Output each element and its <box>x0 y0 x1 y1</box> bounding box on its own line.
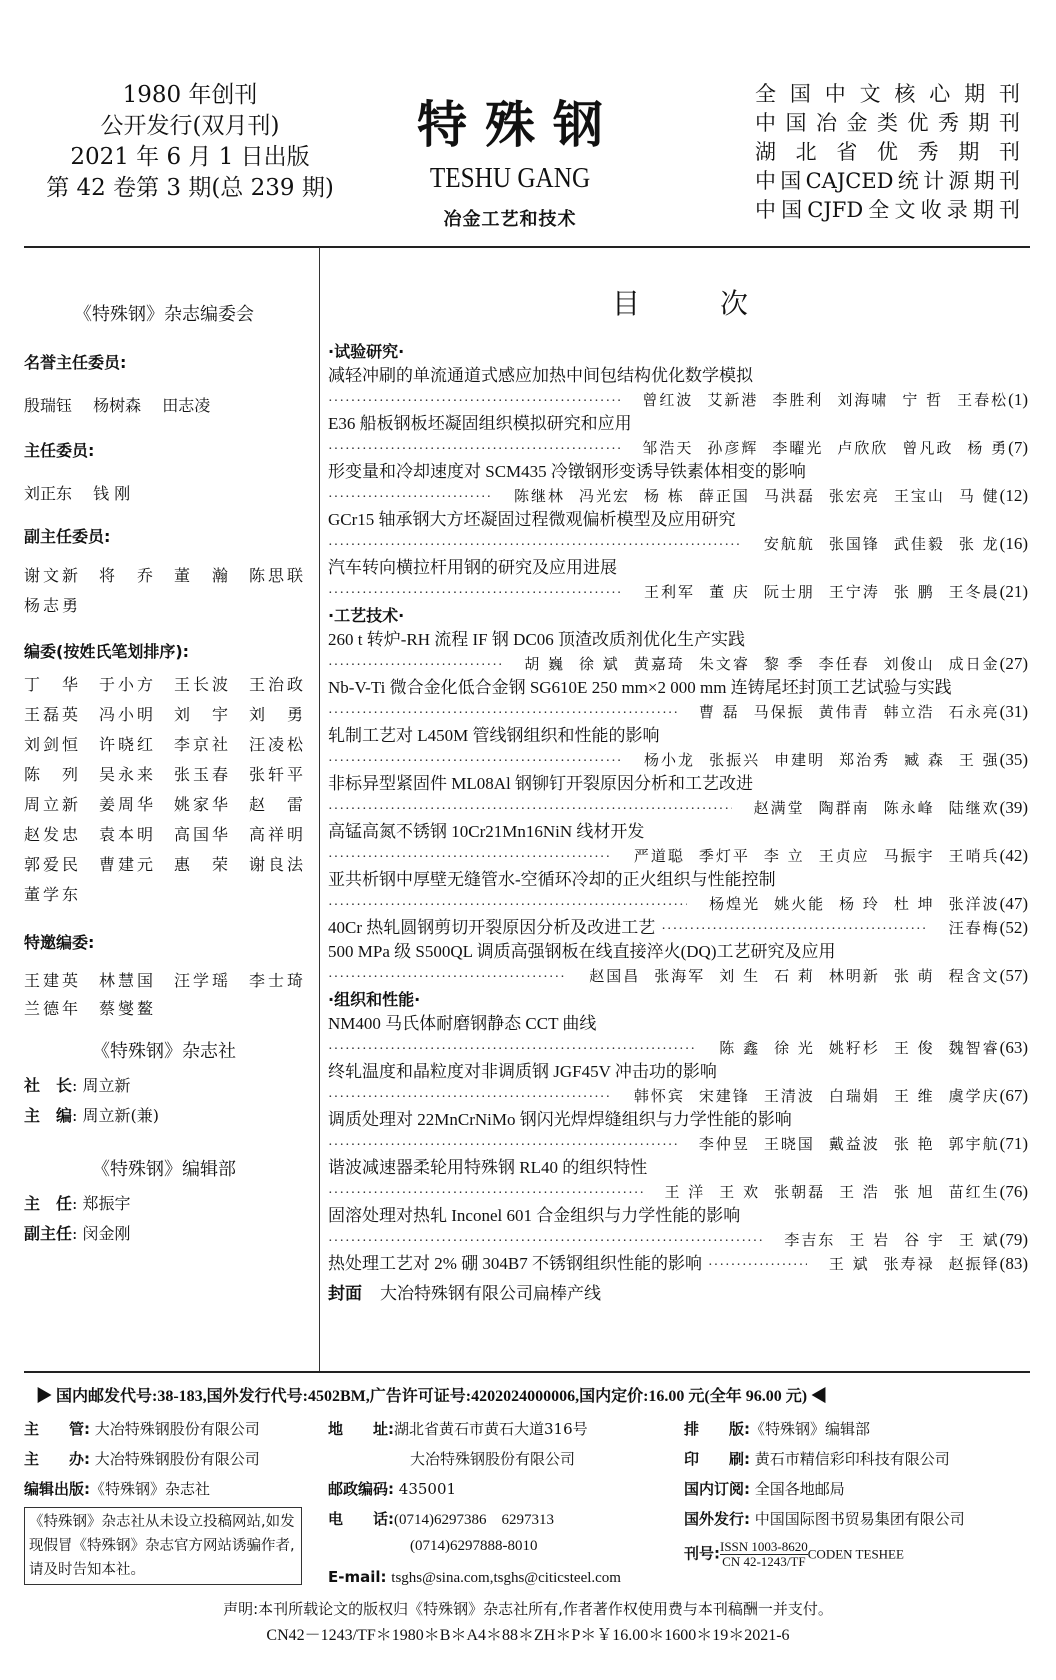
article-title[interactable]: 40Cr 热轧圆钢剪切开裂原因分析及改进工艺 <box>328 916 655 940</box>
article-authors: 陈 鑫徐 光姚籽杉王 俊魏智睿 <box>697 1036 999 1060</box>
author-name: 郑治秀 <box>839 751 890 769</box>
author-name: 李 立 <box>764 847 805 865</box>
toc-article[interactable]: 固溶处理对热轧 Inconel 601 合金组织与力学性能的影响李吉东王 岩谷 … <box>328 1204 1028 1252</box>
name: 兰德年 <box>24 995 78 1023</box>
journal-subtitle: 冶金工艺和技术 <box>360 205 660 231</box>
journal-title: 特殊钢 <box>378 95 660 155</box>
article-authors: 王利军董 庆阮士朋王宁涛张 鹏王冬晨 <box>622 580 1000 604</box>
toc-article[interactable]: 非标异型紧固件 ML08Al 钢铆钉开裂原因分析和工艺改进赵满堂陶群南陈永峰陆继… <box>328 772 1028 820</box>
codes-text: 国内邮发代号:38-183,国外发行代号:4502BM,广告许可证号:42020… <box>56 1388 807 1405</box>
vice-names: 谢文新 将 乔 董 瀚 陈思联 杨志勇 <box>24 561 314 621</box>
toc-article-line: 40Cr 热轧圆钢剪切开裂原因分析及改进工艺汪春梅(52) <box>328 916 1028 940</box>
page-number: (35) <box>1000 748 1028 772</box>
value: 全国各地邮局 <box>755 1480 845 1498</box>
author-name: 林明新 <box>829 967 880 985</box>
article-title[interactable]: 260 t 转炉-RH 流程 IF 钢 DC06 顶渣改质剂优化生产实践 <box>328 628 1028 652</box>
triangle-right-icon: ▶ <box>36 1388 52 1405</box>
name: 赵发忠 <box>24 820 78 850</box>
author-name: 陈继林 <box>514 487 565 505</box>
author-name: 杨 勇 <box>967 439 1008 457</box>
article-authors: 曹 磊马保振黄伟青韩立浩石永亮 <box>677 700 1000 724</box>
name: 王建英 <box>24 967 78 995</box>
author-name: 王 斌 <box>959 1231 1000 1249</box>
vice-heading: 副主任委员: <box>24 524 314 547</box>
society-president: 社 长: 周立新 <box>24 1071 314 1101</box>
toc-article-line: 王利军董 庆阮士朋王宁涛张 鹏王冬晨(21) <box>328 580 1028 604</box>
author-name: 张振兴 <box>709 751 760 769</box>
page-number: (71) <box>1000 1132 1028 1156</box>
article-title[interactable]: E36 船板钢板坯凝固组织模拟研究和应用 <box>328 412 1028 436</box>
toc-article-line: 胡 巍徐 斌黄嘉琦朱文睿黎 季李任春刘俊山成日金(27) <box>328 652 1028 676</box>
author-name: 武佳毅 <box>894 535 945 553</box>
name: 高国华 <box>174 820 228 850</box>
author-name: 张 龙 <box>959 535 1000 553</box>
honorary-names: 殷瑞钰 杨树森 田志凌 <box>24 393 314 416</box>
author-name: 石永亮 <box>949 703 1000 721</box>
toc-article-line: 严道聪季灯平李 立王贞应马振宇王哨兵(42) <box>328 844 1028 868</box>
publication-codes: ▶ 国内邮发代号:38-183,国外发行代号:4502BM,广告许可证号:420… <box>36 1383 1026 1406</box>
author-name: 王宝山 <box>894 487 945 505</box>
value: 中国国际图书贸易集团有限公司 <box>755 1510 965 1528</box>
author-name: 冯光宏 <box>579 487 630 505</box>
toc-article-line: 陈 鑫徐 光姚籽杉王 俊魏智睿(63) <box>328 1036 1028 1060</box>
author-name: 孙彦辉 <box>707 439 758 457</box>
author-name: 黄嘉琦 <box>634 655 685 673</box>
name: 陈思联 <box>249 561 303 591</box>
director-names: 刘正东 钱 刚 <box>24 481 314 504</box>
author-name: 王 洋 <box>665 1183 706 1201</box>
publisher: 编辑出版:《特殊钢》杂志社 <box>24 1478 210 1499</box>
value: 闵金刚 <box>82 1224 130 1243</box>
author-name: 张 艳 <box>894 1135 935 1153</box>
label: 主 管: <box>24 1420 90 1438</box>
toc-article[interactable]: E36 船板钢板坯凝固组织模拟研究和应用邹浩天孙彦辉李曜光卢欣欣曾凡政杨 勇(7… <box>328 412 1028 460</box>
author-name: 阮士朋 <box>764 583 815 601</box>
name: 赵 雷 <box>249 790 303 820</box>
page-number: (67) <box>1000 1084 1028 1108</box>
name: 吴永来 <box>99 760 153 790</box>
article-authors: 安航航张国锋武佳毅张 龙 <box>742 532 1000 556</box>
article-title[interactable]: 调质处理对 22MnCrNiMo 钢闪光焊焊缝组织与力学性能的影响 <box>328 1108 1028 1132</box>
article-authors: 杨小龙张振兴申建明郑治秀臧 森王 强 <box>622 748 1000 772</box>
toc-section-heading: ·试验研究· <box>328 340 1028 364</box>
leader-dots <box>328 390 620 414</box>
author-name: 杜 坤 <box>894 895 935 913</box>
name: 李士琦 <box>249 967 303 995</box>
journal-masthead: 特殊钢 TESHU GANG 冶金工艺和技术 <box>360 95 660 231</box>
name: 惠 荣 <box>174 850 228 880</box>
invited-names: 王建英 林慧国 汪学瑶 李士琦 兰德年 蔡燮鳌 <box>24 967 314 1023</box>
invited-heading: 特邀编委: <box>24 930 314 953</box>
name: 袁本明 <box>99 820 153 850</box>
name: 董学东 <box>24 880 78 910</box>
toc-article-line: 赵满堂陶群南陈永峰陆继欢(39) <box>328 796 1028 820</box>
label: 电 话: <box>328 1510 394 1528</box>
cover-caption: 封面大冶特殊钢有限公司扁棒产线 <box>328 1282 1028 1306</box>
typesetting: 排 版:《特殊钢》编辑部 <box>684 1418 870 1439</box>
author-name: 白瑞娟 <box>829 1087 880 1105</box>
fraud-warning: 《特殊钢》杂志社从未设立投稿网站,如发现假冒《特殊钢》杂志官方网站诱骗作者,请及… <box>24 1507 302 1585</box>
author-name: 宋建锋 <box>699 1087 750 1105</box>
toc-article[interactable]: GCr15 轴承钢大方坯凝固过程微观偏析模型及应用研究安航航张国锋武佳毅张 龙(… <box>328 508 1028 556</box>
author-name: 张国锋 <box>829 535 880 553</box>
author-name: 刘海啸 <box>837 391 888 409</box>
article-title[interactable]: 亚共析钢中厚壁无缝管水-空循环冷却的正火组织与性能控制 <box>328 868 1028 892</box>
leader-dots <box>328 966 567 990</box>
name: 陈 列 <box>24 760 78 790</box>
author-name: 安航航 <box>764 535 815 553</box>
author-name: 李吉东 <box>784 1231 835 1249</box>
author-name: 魏智睿 <box>949 1039 1000 1057</box>
author-name: 王贞应 <box>819 847 870 865</box>
address-line-2: 大冶特殊钢股份有限公司 <box>410 1448 575 1469</box>
author-name: 成日金 <box>949 655 1000 673</box>
bottom-divider <box>24 1371 1030 1373</box>
toc-article[interactable]: 谐波减速器柔轮用特殊钢 RL40 的组织特性王 洋王 欢张朝磊王 浩张 旭苗红生… <box>328 1156 1028 1204</box>
editorial-board: 《特殊钢》杂志编委会 名誉主任委员: 殷瑞钰 杨树森 田志凌 主任委员: 刘正东… <box>24 300 314 1249</box>
author-name: 杨 栋 <box>644 487 685 505</box>
author-name: 张 鹏 <box>894 583 935 601</box>
honor-item: 全国中文核心期刊 <box>755 80 1020 109</box>
article-authors: 杨煌光姚火能杨 玲杜 坤张洋波 <box>687 892 1000 916</box>
page-number: (63) <box>1000 1036 1028 1060</box>
label: 国外发行: <box>684 1510 750 1528</box>
author-name: 朱文睿 <box>699 655 750 673</box>
author-name: 王 斌 <box>829 1255 870 1273</box>
author-name: 石 莉 <box>774 967 815 985</box>
author-name: 陶群南 <box>819 799 870 817</box>
author-name: 杨煌光 <box>709 895 760 913</box>
article-authors: 陈继林冯光宏杨 栋薛正国马洪磊张宏亮王宝山马 健 <box>492 484 1000 508</box>
name: 姜周华 <box>99 790 153 820</box>
author-name: 陈 鑫 <box>719 1039 760 1057</box>
honor-item: 湖北省优秀期刊 <box>755 138 1020 167</box>
label: 邮政编码: <box>328 1480 394 1498</box>
author-name: 卢欣欣 <box>837 439 888 457</box>
leader-dots <box>328 534 742 558</box>
journal-number: 刊号:ISSN 1003-8620CN 42-1243/TFCODEN TESH… <box>684 1540 904 1569</box>
toc-article[interactable]: 轧制工艺对 L450M 管线钢组织和性能的影响杨小龙张振兴申建明郑治秀臧 森王 … <box>328 724 1028 772</box>
author-name: 程含文 <box>949 967 1000 985</box>
foreign-distribution: 国外发行: 中国国际图书贸易集团有限公司 <box>684 1508 965 1529</box>
issn-cn: ISSN 1003-8620CN 42-1243/TF <box>720 1540 808 1569</box>
page-number: (7) <box>1008 436 1028 460</box>
author-name: 王 浩 <box>839 1183 880 1201</box>
name: 林慧国 <box>99 967 153 995</box>
author-name: 姚籽杉 <box>829 1039 880 1057</box>
value: 大冶特殊钢股份有限公司 <box>95 1420 260 1438</box>
members-heading: 编委(按姓氏笔划排序): <box>24 639 314 662</box>
author-name: 张 旭 <box>894 1183 935 1201</box>
label: E-mail: <box>328 1568 387 1586</box>
name: 王治政 <box>249 670 303 700</box>
author-name: 徐 光 <box>774 1039 815 1057</box>
article-title[interactable]: NM400 马氏体耐磨钢静态 CCT 曲线 <box>328 1012 1028 1036</box>
page-number: (83) <box>1000 1252 1028 1276</box>
toc-article[interactable]: NM400 马氏体耐磨钢静态 CCT 曲线陈 鑫徐 光姚籽杉王 俊魏智睿(63) <box>328 1012 1028 1060</box>
name: 刘剑恒 <box>24 730 78 760</box>
toc-article-line: 王 洋王 欢张朝磊王 浩张 旭苗红生(76) <box>328 1180 1028 1204</box>
leader-dots <box>328 750 622 774</box>
leader-dots <box>328 438 620 462</box>
toc-article[interactable]: Nb-V-Ti 微合金化低合金钢 SG610E 250 mm×2 000 mm … <box>328 676 1028 724</box>
name: 丁 华 <box>24 670 78 700</box>
editorial-dept-title: 《特殊钢》编辑部 <box>14 1155 314 1185</box>
page-number: (39) <box>1000 796 1028 820</box>
name: 高祥明 <box>249 820 303 850</box>
leader-dots <box>661 918 926 942</box>
article-authors: 李仲昱王晓国戴益波张 艳郭宇航 <box>677 1132 1000 1156</box>
author-name: 马 健 <box>959 487 1000 505</box>
article-title[interactable]: 汽车转向横拉杆用钢的研究及应用进展 <box>328 556 1028 580</box>
dept-director: 主 任: 郑振宇 <box>24 1189 314 1219</box>
postcode: 邮政编码: 435001 <box>328 1478 456 1499</box>
label: 刊号: <box>684 1545 720 1563</box>
author-name: 韩立浩 <box>884 703 935 721</box>
article-title[interactable]: 轧制工艺对 L450M 管线钢组织和性能的影响 <box>328 724 1028 748</box>
author-name: 徐 斌 <box>579 655 620 673</box>
article-authors: 汪春梅 <box>927 916 1000 940</box>
toc-article-line: 赵国昌张海军刘 生石 莉林明新张 萌程含文(57) <box>328 964 1028 988</box>
name: 曹建元 <box>99 850 153 880</box>
copyright-declaration: 声明:本刊所载论文的版权归《特殊钢》杂志社所有,作者著作权使用费与本刊稿酬一并支… <box>0 1598 1056 1619</box>
author-name: 张洋波 <box>949 895 1000 913</box>
author-name: 马振宇 <box>884 847 935 865</box>
value: 435001 <box>399 1480 456 1498</box>
article-title[interactable]: 高锰高氮不锈钢 10Cr21Mn16NiN 线材开发 <box>328 820 1028 844</box>
society-editor-in-chief: 主 编: 周立新(兼) <box>24 1101 314 1131</box>
name: 刘 宇 <box>174 700 228 730</box>
article-authors: 王 洋王 欢张朝磊王 浩张 旭苗红生 <box>643 1180 1000 1204</box>
author-name: 王春松 <box>957 391 1008 409</box>
name: 杨树森 <box>93 396 141 415</box>
author-name: 张寿禄 <box>884 1255 935 1273</box>
page-number: (16) <box>1000 532 1028 556</box>
leader-dots <box>328 486 492 510</box>
author-name: 王冬晨 <box>949 583 1000 601</box>
author-name: 季灯平 <box>699 847 750 865</box>
article-title[interactable]: GCr15 轴承钢大方坯凝固过程微观偏析模型及应用研究 <box>328 508 1028 532</box>
article-authors: 严道聪季灯平李 立王贞应马振宇王哨兵 <box>612 844 1000 868</box>
dept-deputy-director: 副主任: 闵金刚 <box>24 1219 314 1249</box>
toc-article[interactable]: 40Cr 热轧圆钢剪切开裂原因分析及改进工艺汪春梅(52) <box>328 916 1028 940</box>
toc-article[interactable]: 亚共析钢中厚壁无缝管水-空循环冷却的正火组织与性能控制杨煌光姚火能杨 玲杜 坤张… <box>328 868 1028 916</box>
name: 蔡燮鳌 <box>99 995 153 1023</box>
journal-title-en: TESHU GANG <box>375 163 645 195</box>
author-name: 刘俊山 <box>884 655 935 673</box>
page-number: (52) <box>1000 916 1028 940</box>
name: 冯小明 <box>99 700 153 730</box>
volume-issue: 第 42 卷第 3 期(总 239 期) <box>40 173 340 204</box>
label: 副主任 <box>24 1219 72 1249</box>
page-number: (47) <box>1000 892 1028 916</box>
author-name: 苗红生 <box>949 1183 1000 1201</box>
name: 于小方 <box>99 670 153 700</box>
name: 杨志勇 <box>24 591 78 621</box>
article-title[interactable]: 减轻冲刷的单流通道式感应加热中间包结构优化数学模拟 <box>328 364 1028 388</box>
author-name: 韩怀宾 <box>634 1087 685 1105</box>
sponsor: 主 办: 大冶特殊钢股份有限公司 <box>24 1448 260 1469</box>
author-name: 陈永峰 <box>884 799 935 817</box>
journal-honors: 全国中文核心期刊 中国冶金类优秀期刊 湖北省优秀期刊 中国CAJCED统计源期刊… <box>755 80 1020 225</box>
printing: 印 刷: 黄石市精信彩印科技有限公司 <box>684 1448 950 1469</box>
author-name: 张朝磊 <box>774 1183 825 1201</box>
society-title: 《特殊钢》杂志社 <box>14 1037 314 1067</box>
toc-article[interactable]: 形变量和冷却速度对 SCM435 冷镦钢形变诱导铁素体相变的影响陈继林冯光宏杨 … <box>328 460 1028 508</box>
author-name: 谷 宇 <box>904 1231 945 1249</box>
value: 《特殊钢》编辑部 <box>750 1420 870 1438</box>
author-name: 张 萌 <box>894 967 935 985</box>
article-title[interactable]: 非标异型紧固件 ML08Al 钢铆钉开裂原因分析和工艺改进 <box>328 772 1028 796</box>
cover-label: 封面 <box>328 1284 362 1304</box>
honor-item: 中国CAJCED统计源期刊 <box>755 167 1020 196</box>
toc-article[interactable]: 260 t 转炉-RH 流程 IF 钢 DC06 顶渣改质剂优化生产实践胡 巍徐… <box>328 628 1028 676</box>
author-name: 张海军 <box>654 967 705 985</box>
label: 主 编 <box>24 1101 72 1131</box>
author-name: 刘 生 <box>719 967 760 985</box>
cover-text: 大冶特殊钢有限公司扁棒产线 <box>380 1284 601 1304</box>
triangle-left-icon: ◀ <box>811 1388 827 1405</box>
author-name: 胡 巍 <box>524 655 565 673</box>
author-name: 王宁涛 <box>829 583 880 601</box>
name: 周立新 <box>24 790 78 820</box>
label: 排 版: <box>684 1420 750 1438</box>
page-number: (21) <box>1000 580 1028 604</box>
name: 郭爱民 <box>24 850 78 880</box>
article-title[interactable]: 500 MPa 级 S500QL 调质高强钢板在线直接淬火(DQ)工艺研究及应用 <box>328 940 1028 964</box>
author-name: 马保振 <box>754 703 805 721</box>
domestic-subscription: 国内订阅: 全国各地邮局 <box>684 1478 845 1499</box>
label: 社 长 <box>24 1071 72 1101</box>
value: 周立新(兼) <box>82 1106 159 1125</box>
author-name: 汪春梅 <box>949 919 1000 937</box>
name: 田志凌 <box>162 396 210 415</box>
name: 刘 勇 <box>249 700 303 730</box>
toc-title-text: 目次 <box>612 287 828 320</box>
toc-article-line: 安航航张国锋武佳毅张 龙(16) <box>328 532 1028 556</box>
toc-article-line: 韩怀宾宋建锋王清波白瑞娟王 维虞学庆(67) <box>328 1084 1028 1108</box>
page-number: (57) <box>1000 964 1028 988</box>
author-name: 申建明 <box>774 751 825 769</box>
author-name: 董 庆 <box>709 583 750 601</box>
article-title[interactable]: 形变量和冷却速度对 SCM435 冷镦钢形变诱导铁素体相变的影响 <box>328 460 1028 484</box>
phone: 电 话:(0714)6297386 6297313 <box>328 1508 554 1529</box>
author-name: 王晓国 <box>764 1135 815 1153</box>
author-name: 赵满堂 <box>754 799 805 817</box>
toc-article-line: 曹 磊马保振黄伟青韩立浩石永亮(31) <box>328 700 1028 724</box>
name: 殷瑞钰 <box>24 396 72 415</box>
name: 张轩平 <box>249 760 303 790</box>
author-name: 李曜光 <box>772 439 823 457</box>
toc-article[interactable]: 热处理工艺对 2% 硼 304B7 不锈钢组织性能的影响王 斌张寿禄赵振铎(83… <box>328 1252 1028 1276</box>
toc-article[interactable]: 调质处理对 22MnCrNiMo 钢闪光焊焊缝组织与力学性能的影响李仲昱王晓国戴… <box>328 1108 1028 1156</box>
author-name: 杨小龙 <box>644 751 695 769</box>
honorary-heading: 名誉主任委员: <box>24 350 314 373</box>
toc-article[interactable]: 终轧温度和晶粒度对非调质钢 JGF45V 冲击功的影响韩怀宾宋建锋王清波白瑞娟王… <box>328 1060 1028 1108</box>
value: 湖北省黄石市黄石大道316号 <box>394 1420 588 1438</box>
author-name: 张宏亮 <box>829 487 880 505</box>
author-name: 陆继欢 <box>949 799 1000 817</box>
author-name: 王利军 <box>644 583 695 601</box>
author-name: 曾凡政 <box>902 439 953 457</box>
name: 钱 刚 <box>93 484 130 503</box>
name: 王长波 <box>174 670 228 700</box>
author-name: 王清波 <box>764 1087 815 1105</box>
leader-dots <box>708 1254 807 1278</box>
toc-article-line: 杨煌光姚火能杨 玲杜 坤张洋波(47) <box>328 892 1028 916</box>
toc-article-line: 热处理工艺对 2% 硼 304B7 不锈钢组织性能的影响王 斌张寿禄赵振铎(83… <box>328 1252 1028 1276</box>
author-name: 虞学庆 <box>949 1087 1000 1105</box>
value: 大冶特殊钢股份有限公司 <box>95 1450 260 1468</box>
leader-dots <box>328 1134 677 1158</box>
page-number: (79) <box>1000 1228 1028 1252</box>
value: 周立新 <box>82 1076 130 1095</box>
email-link[interactable]: tsghs@sina.com,tsghs@citicsteel.com <box>391 1570 621 1586</box>
author-name: 王 强 <box>959 751 1000 769</box>
label: 地 址: <box>328 1420 394 1438</box>
leader-dots <box>328 798 732 822</box>
leader-dots <box>328 1230 762 1254</box>
toc-article-line: 陈继林冯光宏杨 栋薛正国马洪磊张宏亮王宝山马 健(12) <box>328 484 1028 508</box>
value: (0714)6297386 6297313 <box>394 1512 554 1528</box>
frequency-text: 公开发行(双月刊) <box>40 111 340 142</box>
article-authors: 王 斌张寿禄赵振铎 <box>807 1252 1000 1276</box>
name: 许晓红 <box>99 730 153 760</box>
toc-article[interactable]: 汽车转向横拉杆用钢的研究及应用进展王利军董 庆阮士朋王宁涛张 鹏王冬晨(21) <box>328 556 1028 604</box>
author-name: 赵国昌 <box>589 967 640 985</box>
leader-dots <box>328 846 612 870</box>
author-name: 曾红波 <box>642 391 693 409</box>
issn: ISSN 1003-8620 <box>720 1540 808 1555</box>
table-of-contents: ·试验研究·减轻冲刷的单流通道式感应加热中间包结构优化数学模拟曾红波艾新港李胜利… <box>328 340 1028 1306</box>
label: 编辑出版: <box>24 1480 90 1498</box>
name: 李京社 <box>174 730 228 760</box>
honor-item: 中国CJFD全文收录期刊 <box>755 196 1020 225</box>
toc-article[interactable]: 高锰高氮不锈钢 10Cr21Mn16NiN 线材开发严道聪季灯平李 立王贞应马振… <box>328 820 1028 868</box>
issue-info: 1980 年创刊 公开发行(双月刊) 2021 年 6 月 1 日出版 第 42… <box>40 80 340 204</box>
article-title[interactable]: 谐波减速器柔轮用特殊钢 RL40 的组织特性 <box>328 1156 1028 1180</box>
article-title[interactable]: 终轧温度和晶粒度对非调质钢 JGF45V 冲击功的影响 <box>328 1060 1028 1084</box>
label: 主 办: <box>24 1450 90 1468</box>
founded-text: 1980 年创刊 <box>40 80 340 111</box>
author-name: 邹浩天 <box>642 439 693 457</box>
article-authors: 赵满堂陶群南陈永峰陆继欢 <box>732 796 1000 820</box>
name: 刘正东 <box>24 484 72 503</box>
page-number: (27) <box>1000 652 1028 676</box>
leader-dots <box>328 894 687 918</box>
leader-dots <box>328 1038 697 1062</box>
top-divider <box>24 246 1030 248</box>
toc-article[interactable]: 减轻冲刷的单流通道式感应加热中间包结构优化数学模拟曾红波艾新港李胜利刘海啸宁 哲… <box>328 364 1028 412</box>
author-name: 李仲昱 <box>699 1135 750 1153</box>
toc-article-line: 邹浩天孙彦辉李曜光卢欣欣曾凡政杨 勇(7) <box>328 436 1028 460</box>
page-number: (42) <box>1000 844 1028 868</box>
toc-section-heading: ·工艺技术· <box>328 604 1028 628</box>
article-title[interactable]: 固溶处理对热轧 Inconel 601 合金组织与力学性能的影响 <box>328 1204 1028 1228</box>
toc-article[interactable]: 500 MPa 级 S500QL 调质高强钢板在线直接淬火(DQ)工艺研究及应用… <box>328 940 1028 988</box>
name: 将 乔 <box>99 561 153 591</box>
article-authors: 曾红波艾新港李胜利刘海啸宁 哲王春松 <box>620 388 1008 412</box>
toc-article-line: 曾红波艾新港李胜利刘海啸宁 哲王春松(1) <box>328 388 1028 412</box>
name: 汪凌松 <box>249 730 303 760</box>
cn-code-line: CN42－1243/TF＊1980＊B＊A4＊88＊ZH＊P＊￥16.00＊16… <box>0 1622 1056 1645</box>
name: 姚家华 <box>174 790 228 820</box>
article-title[interactable]: 热处理工艺对 2% 硼 304B7 不锈钢组织性能的影响 <box>328 1252 702 1276</box>
address: 地 址:湖北省黄石市黄石大道316号 <box>328 1418 588 1439</box>
email: E-mail: tsghs@sina.com,tsghs@citicsteel.… <box>328 1568 621 1587</box>
author-name: 赵振铎 <box>949 1255 1000 1273</box>
article-title[interactable]: Nb-V-Ti 微合金化低合金钢 SG610E 250 mm×2 000 mm … <box>328 676 1028 700</box>
